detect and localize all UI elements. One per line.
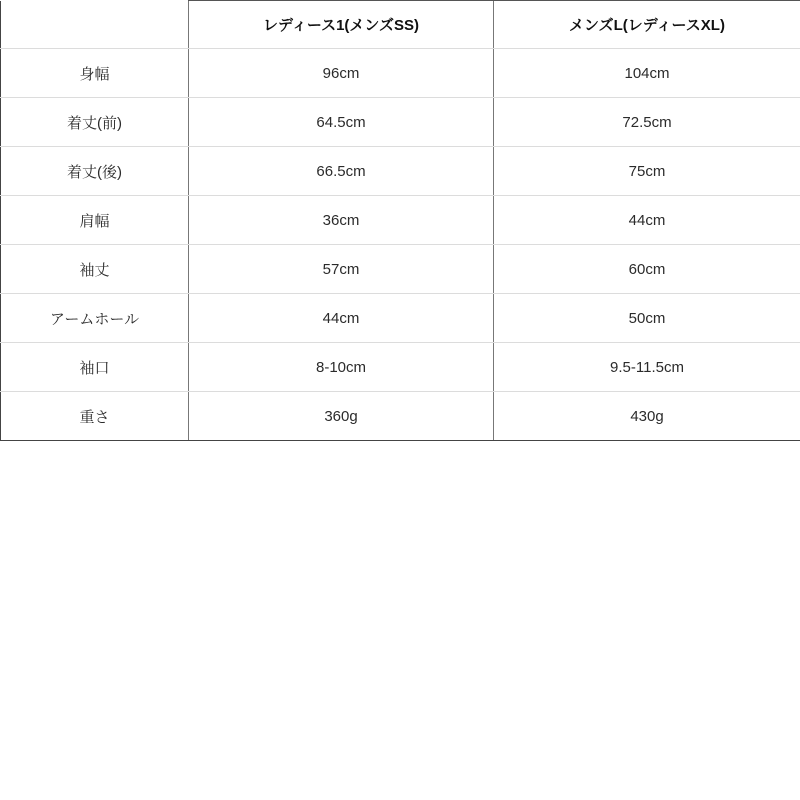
- table-row-miharaba: 身幅 96cm 104cm: [1, 49, 800, 98]
- value-cell: 44cm: [494, 196, 800, 245]
- header-row: レディース1(メンズSS) メンズL(レディースXL): [1, 1, 800, 49]
- value-cell: 430g: [494, 392, 800, 441]
- value-cell: 360g: [189, 392, 494, 441]
- row-label: 着丈(前): [1, 98, 189, 147]
- value-cell: 8-10cm: [189, 343, 494, 392]
- value-cell: 72.5cm: [494, 98, 800, 147]
- size-chart-table: レディース1(メンズSS) メンズL(レディースXL) 身幅 96cm 104c…: [0, 0, 800, 441]
- value-cell: 36cm: [189, 196, 494, 245]
- value-cell: 50cm: [494, 294, 800, 343]
- table-row-kitake-ushiro: 着丈(後) 66.5cm 75cm: [1, 147, 800, 196]
- table-row-sodeguchi: 袖口 8-10cm 9.5-11.5cm: [1, 343, 800, 392]
- row-label: 重さ: [1, 392, 189, 441]
- row-label: アームホール: [1, 294, 189, 343]
- value-cell: 104cm: [494, 49, 800, 98]
- table-row-kitake-mae: 着丈(前) 64.5cm 72.5cm: [1, 98, 800, 147]
- value-cell: 66.5cm: [189, 147, 494, 196]
- value-cell: 64.5cm: [189, 98, 494, 147]
- table-row-sodetake: 袖丈 57cm 60cm: [1, 245, 800, 294]
- column-header-ladies1: レディース1(メンズSS): [189, 1, 494, 49]
- value-cell: 57cm: [189, 245, 494, 294]
- value-cell: 75cm: [494, 147, 800, 196]
- value-cell: 44cm: [189, 294, 494, 343]
- value-cell: 60cm: [494, 245, 800, 294]
- row-label: 肩幅: [1, 196, 189, 245]
- table-row-omosa: 重さ 360g 430g: [1, 392, 800, 441]
- row-label: 着丈(後): [1, 147, 189, 196]
- corner-cell: [1, 1, 189, 49]
- table-row-katahaba: 肩幅 36cm 44cm: [1, 196, 800, 245]
- table-row-armhole: アームホール 44cm 50cm: [1, 294, 800, 343]
- value-cell: 9.5-11.5cm: [494, 343, 800, 392]
- value-cell: 96cm: [189, 49, 494, 98]
- row-label: 袖口: [1, 343, 189, 392]
- row-label: 袖丈: [1, 245, 189, 294]
- row-label: 身幅: [1, 49, 189, 98]
- column-header-mens-l: メンズL(レディースXL): [494, 1, 800, 49]
